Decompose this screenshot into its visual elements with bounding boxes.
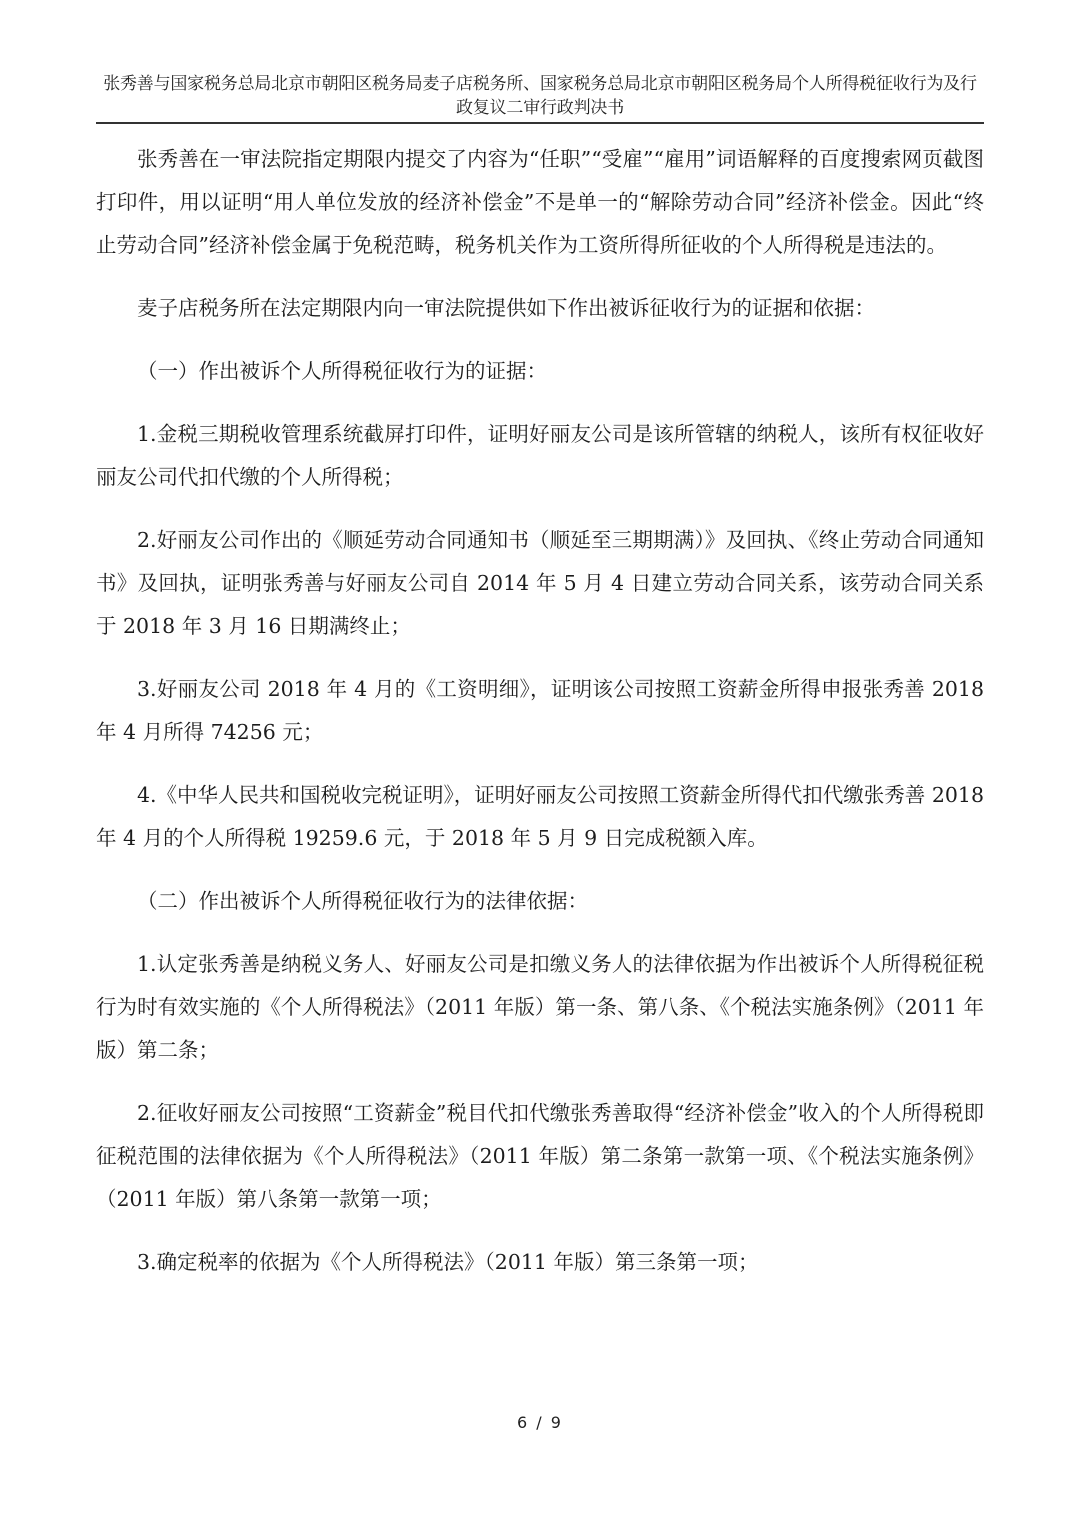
paragraph-tax-office-evidence-intro: 麦子店税务所在法定期限内向一审法院提供如下作出被诉征收行为的证据和依据： <box>96 287 984 330</box>
legal-basis-item-1: 1.认定张秀善是纳税义务人、好丽友公司是扣缴义务人的法律依据为作出被诉个人所得税… <box>96 943 984 1072</box>
paragraph-appellant-evidence: 张秀善在一审法院指定期限内提交了内容为“任职”“受雇”“雇用”词语解释的百度搜索… <box>96 138 984 267</box>
evidence-item-3: 3.好丽友公司 2018 年 4 月的《工资明细》，证明该公司按照工资薪金所得申… <box>96 668 984 754</box>
document-page: 张秀善与国家税务总局北京市朝阳区税务局麦子店税务所、国家税务总局北京市朝阳区税务… <box>0 0 1080 1528</box>
evidence-item-4: 4.《中华人民共和国税收完税证明》，证明好丽友公司按照工资薪金所得代扣代缴张秀善… <box>96 774 984 860</box>
header-divider <box>96 122 984 124</box>
section-heading-evidence: （一）作出被诉个人所得税征收行为的证据： <box>96 350 984 393</box>
document-header-title: 张秀善与国家税务总局北京市朝阳区税务局麦子店税务所、国家税务总局北京市朝阳区税务… <box>96 72 984 120</box>
evidence-item-1: 1.金税三期税收管理系统截屏打印件，证明好丽友公司是该所管辖的纳税人，该所有权征… <box>96 413 984 499</box>
legal-basis-item-3: 3.确定税率的依据为《个人所得税法》（2011 年版）第三条第一项； <box>96 1241 984 1284</box>
legal-basis-item-2: 2.征收好丽友公司按照“工资薪金”税目代扣代缴张秀善取得“经济补偿金”收入的个人… <box>96 1092 984 1221</box>
section-heading-legal-basis: （二）作出被诉个人所得税征收行为的法律依据： <box>96 880 984 923</box>
page-number: 6 / 9 <box>0 1413 1080 1432</box>
evidence-item-2: 2.好丽友公司作出的《顺延劳动合同通知书（顺延至三期期满）》及回执、《终止劳动合… <box>96 519 984 648</box>
document-body: 张秀善在一审法院指定期限内提交了内容为“任职”“受雇”“雇用”词语解释的百度搜索… <box>96 138 984 1284</box>
